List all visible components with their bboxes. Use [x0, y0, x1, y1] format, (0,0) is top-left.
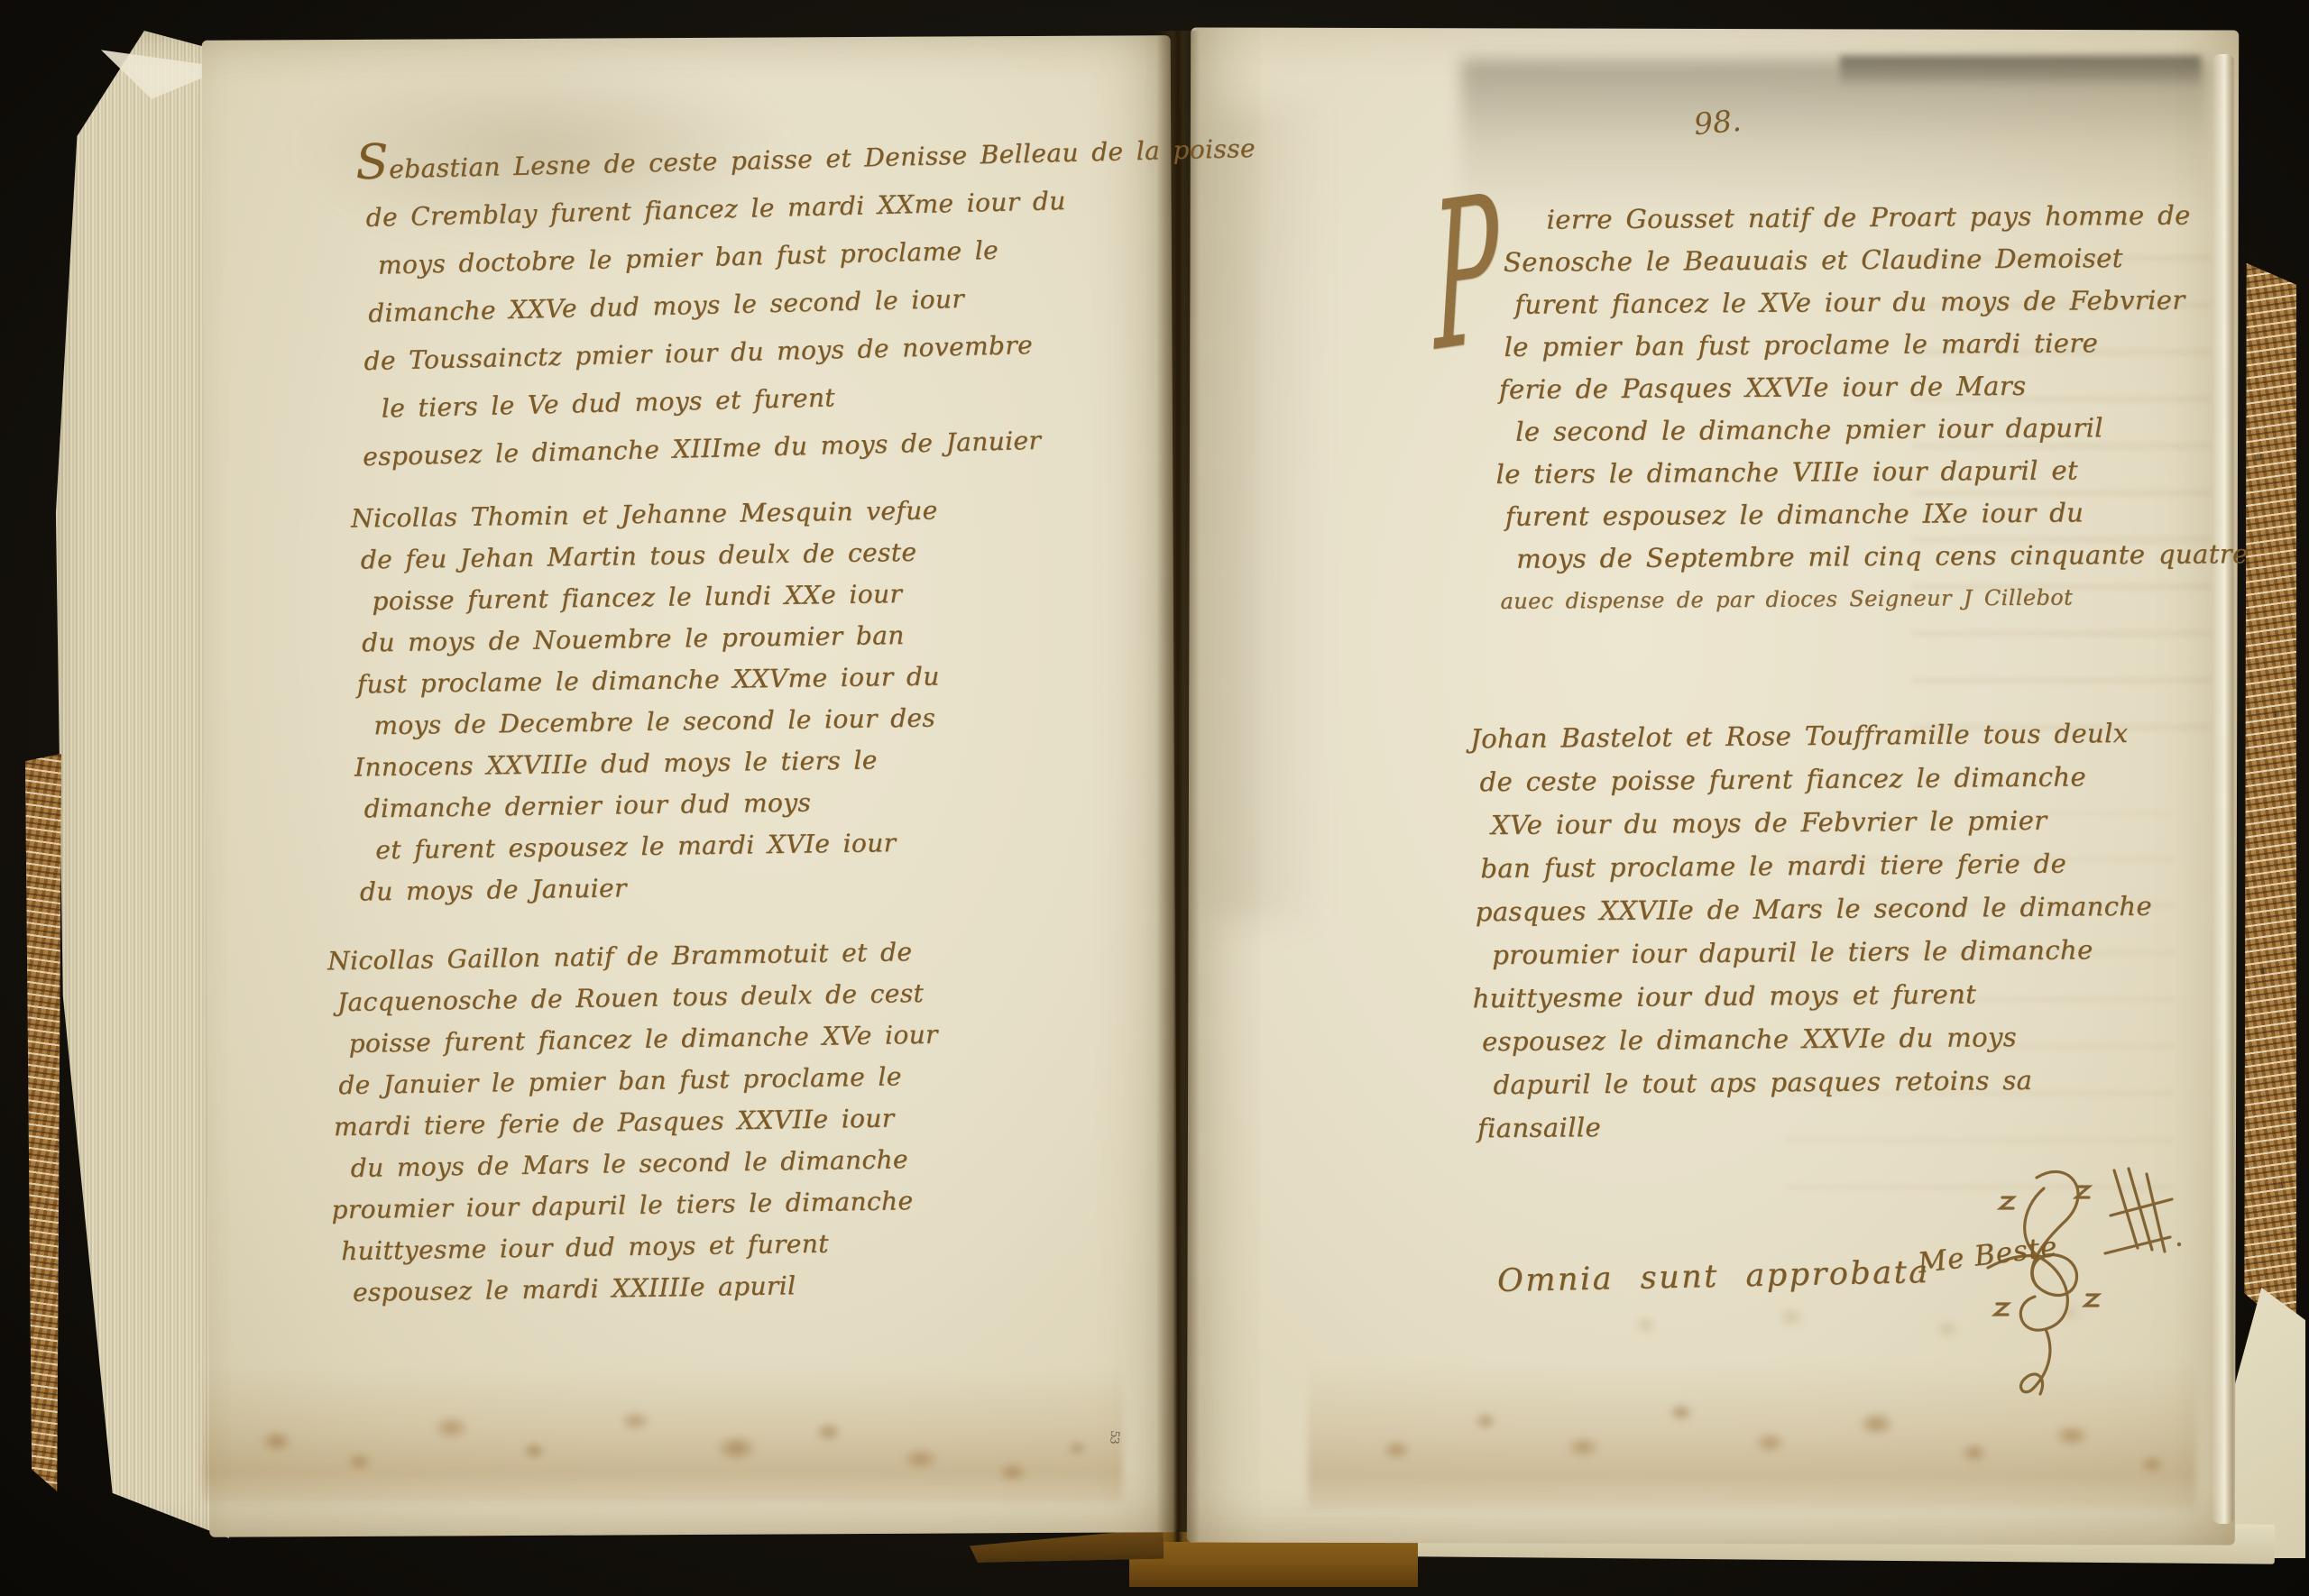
- photograph-background: Sebastian Lesne de ceste paisse et Denis…: [0, 0, 2309, 1596]
- manuscript-line: Senosche le Beauuais et Claudine Demoise…: [1504, 236, 2247, 284]
- signature-paraph-icon: [1901, 1161, 2217, 1432]
- binding-bottom-edge-left: [970, 1528, 1164, 1563]
- manuscript-paragraph: Nicollas Thomin et Jehanne Mesquin vefue…: [351, 490, 943, 913]
- manuscript-paragraph: Johan Bastelot et Rose Toufframille tous…: [1470, 711, 2154, 1151]
- manuscript-line: ban fust proclame le mardi tiere ferie d…: [1480, 841, 2152, 890]
- manuscript-line: pasques XXVIIe de Mars le second le dima…: [1476, 885, 2153, 934]
- manuscript-line: Johan Bastelot et Rose Toufframille tous…: [1470, 711, 2151, 761]
- manuscript-line: dapuril le tout aps pasques retoins sa: [1493, 1058, 2154, 1106]
- marbled-cover-edge-right: [2242, 263, 2296, 1336]
- manuscript-line: fiansaille: [1477, 1101, 2155, 1151]
- foliation-stamp: 53: [1107, 1430, 1121, 1445]
- manuscript-line: de ceste poisse furent fiancez le dimanc…: [1479, 755, 2151, 803]
- page-number: 98.: [1692, 103, 1743, 142]
- manuscript-line: moys de Septembre mil cinq cens cinquant…: [1516, 533, 2249, 581]
- manuscript-line: du moys de Januier: [360, 863, 943, 913]
- manuscript-paragraph: Sebastian Lesne de ceste paisse et Denis…: [355, 117, 1264, 481]
- manuscript-line: le pmier ban fust proclame le mardi tier…: [1504, 321, 2247, 369]
- manuscript-line: espousez le dimanche XXVIe du moys: [1482, 1014, 2154, 1063]
- manuscript-line: auec dispense de par dioces Seigneur J C…: [1500, 575, 2249, 623]
- notary-signature: Me Beste: [1901, 1161, 2217, 1432]
- marbled-cover-edge-left: [25, 754, 61, 1491]
- manuscript-line: ierre Gousset natif de Proart pays homme…: [1546, 194, 2246, 241]
- manuscript-paragraph: ierre Gousset natif de Proart pays homme…: [1494, 194, 2249, 623]
- manuscript-paragraph: Nicollas Gaillon natif de Brammotuit et …: [327, 931, 943, 1315]
- manuscript-line: le tiers le dimanche VIIIe iour dapuril …: [1495, 448, 2248, 496]
- initial-capital-letter: P: [1429, 151, 1504, 396]
- manuscript-line: XVe iour du moys de Febvrier le pmier: [1491, 798, 2152, 847]
- manuscript-line: furent fiancez le XVe iour du moys de Fe…: [1514, 279, 2247, 326]
- manuscript-line: huittyesme iour dud moys et furent: [1472, 971, 2153, 1021]
- manuscript-line: proumier iour dapuril le tiers le dimanc…: [1492, 928, 2153, 977]
- manuscript-line: le second le dimanche pmier iour dapuril: [1515, 406, 2248, 454]
- manuscript-line: ferie de Pasques XXVIe iour de Mars: [1499, 363, 2248, 411]
- manuscript-line: furent espousez le dimanche IXe iour du: [1505, 491, 2249, 538]
